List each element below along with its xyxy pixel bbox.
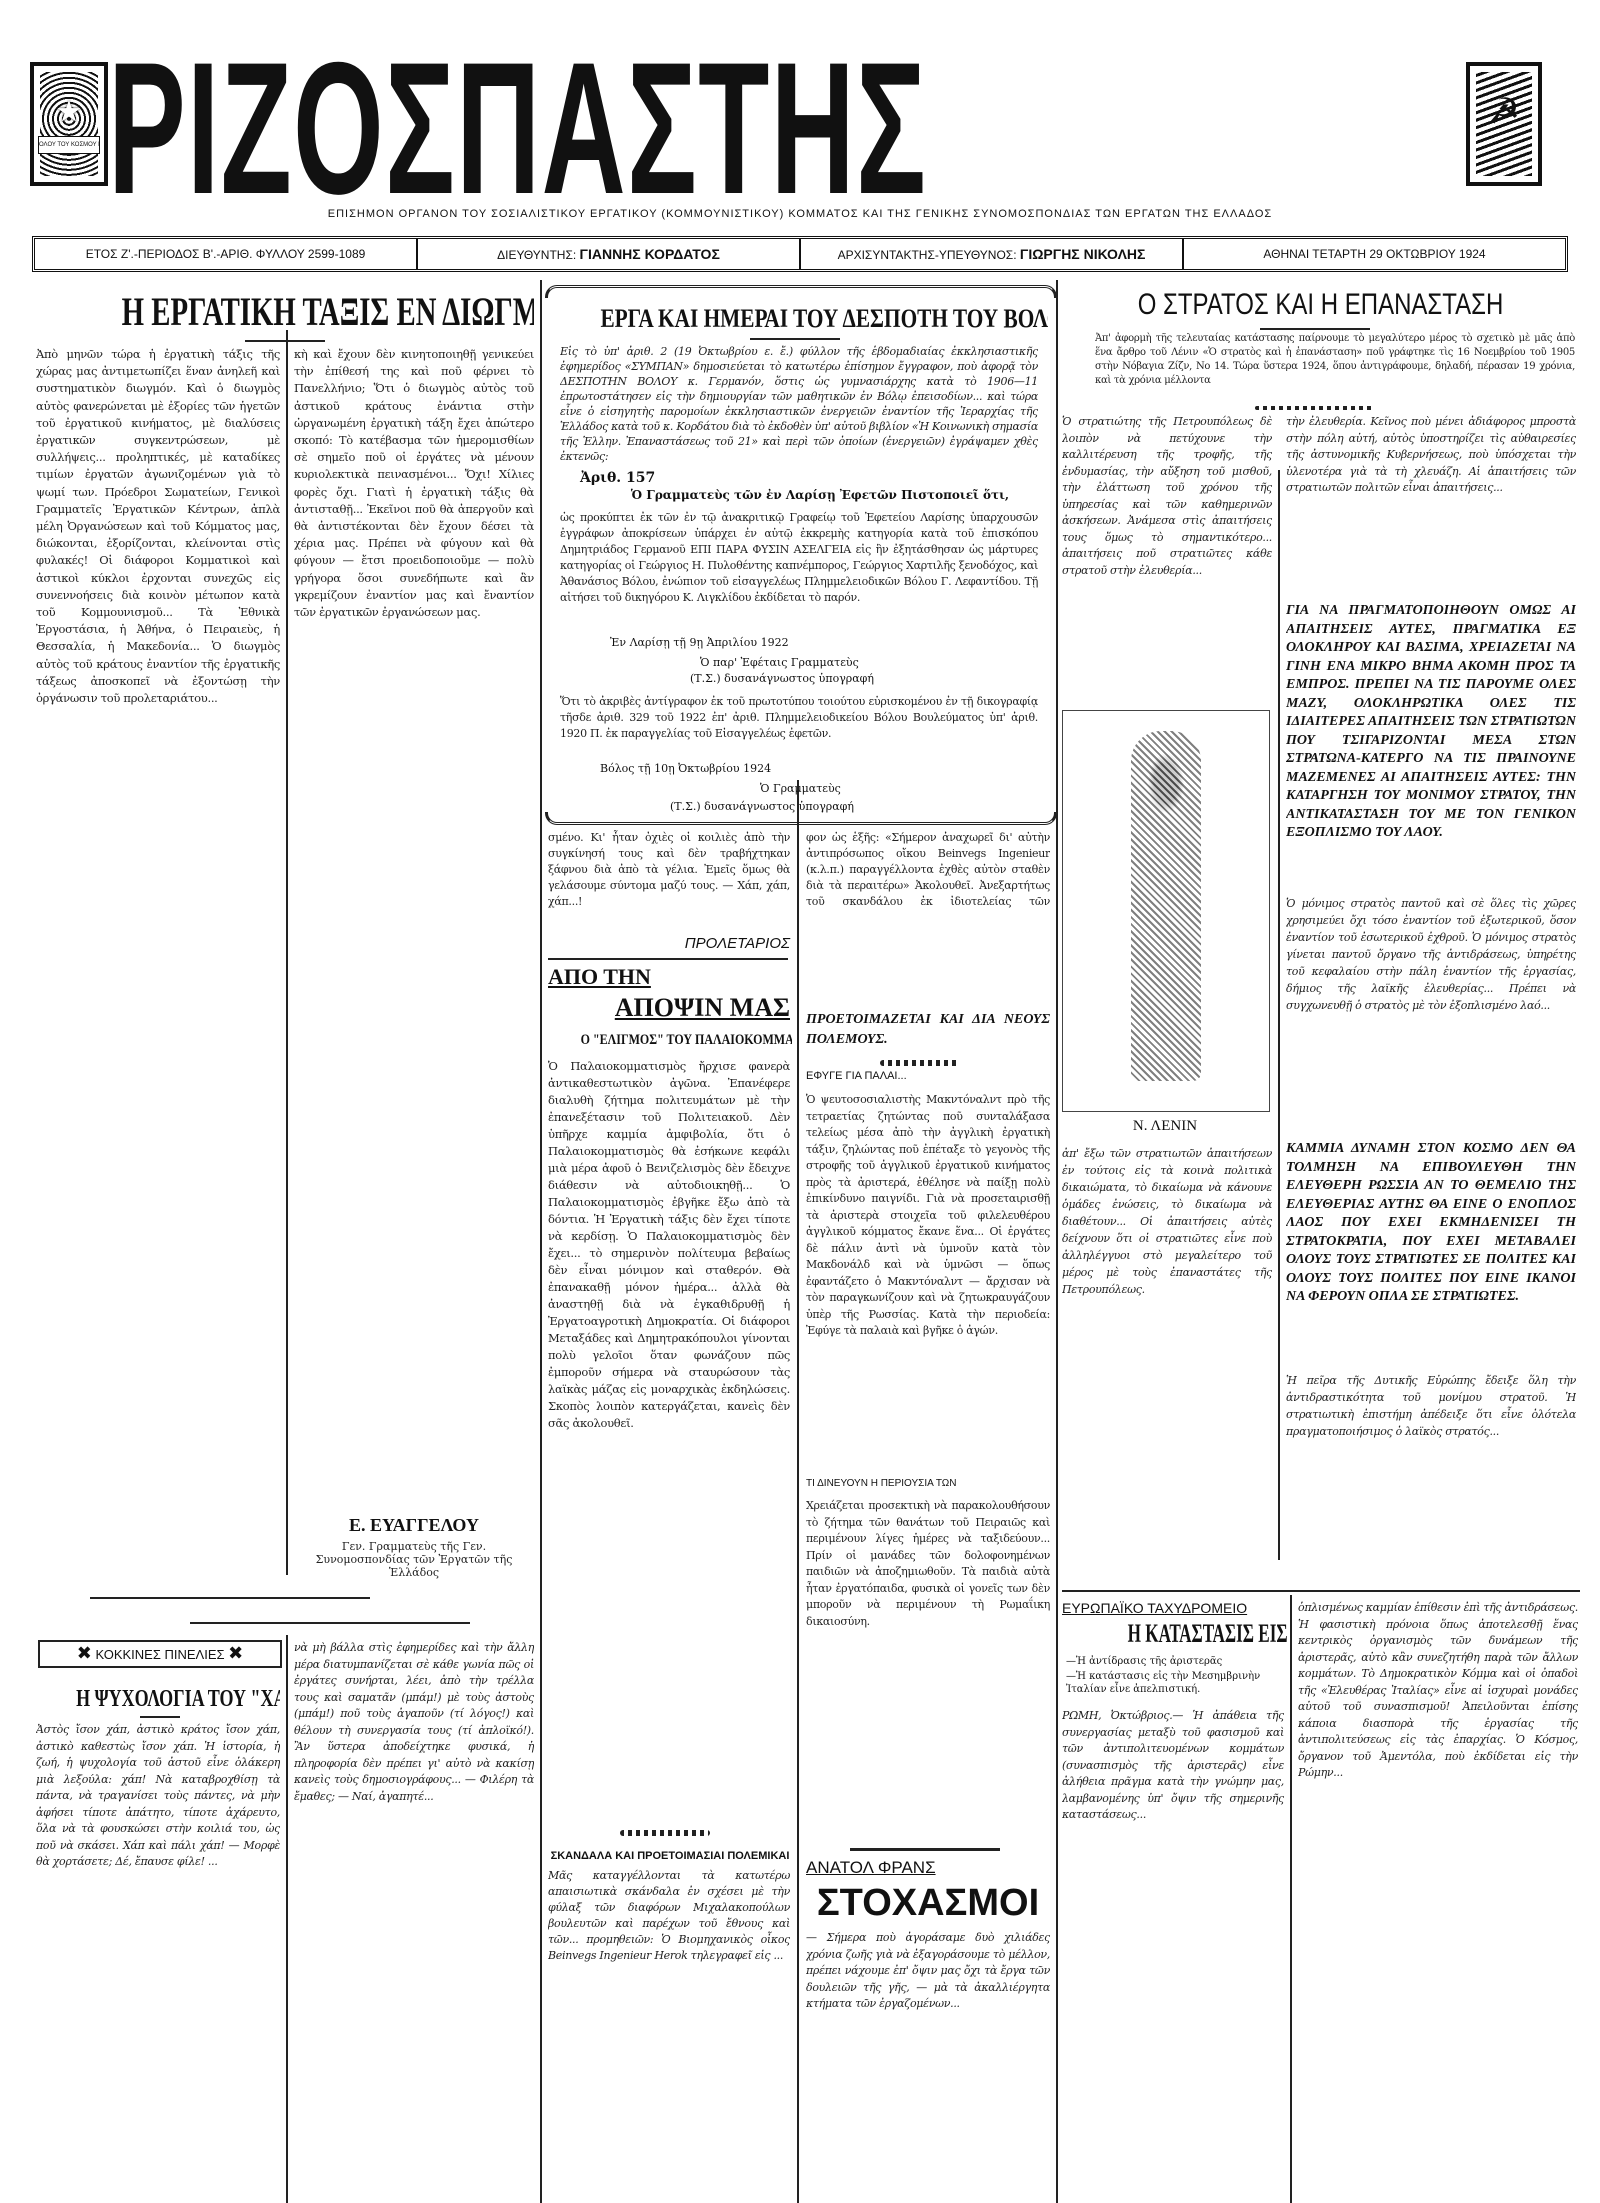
lenin-photo (1062, 710, 1270, 1112)
view-kicker-1: ΑΠΟ ΤΗΝ (548, 964, 688, 990)
masthead-subtitle: ΕΠΙΣΗΜΟΝ ΟΡΓΑΝΟΝ ΤΟΥ ΣΟΣΙΑΛΙΣΤΙΚΟΥ ΕΡΓΑΤ… (0, 208, 1600, 220)
proletarios-signature: ΠΡΟΛΕΤΑΡΙΟΣ (630, 935, 790, 952)
italy-headline: Η ΚΑΤΑΣΤΑΣΙΣ ΕΙΣ ΤΗΝ ΙΤΑΛΙΑΝ (1056, 1618, 1290, 1650)
column-rule (286, 330, 288, 1575)
france-headline: ΣΤΟΧΑΣΜΟΙ (806, 1880, 1050, 1926)
engineer-body: φον ὡς ἑξῆς: «Σήμερον ἀναχωρεῖ δι' αὐτὴν… (806, 830, 1050, 910)
headline-persecution: Η ΕΡΓΑΤΙΚΗ ΤΑΞΙΣ ΕΝ ΔΙΩΓΜΩ! (34, 290, 534, 334)
view-body: Ὁ Παλαιοκομματισμὸς ἤρχισε φανερὰ ἀντικα… (548, 1058, 790, 1828)
director-line: ΔΙΕΥΘΥΝΤΗΣ: ΓΙΑΝΝΗΣ ΚΟΡΔΑΤΟΣ (418, 239, 801, 269)
army-intro: Ἀπ' ἀφορμὴ τῆς τελευταίας κατάστασης παί… (1095, 332, 1575, 402)
doc-signature: Ὁ παρ' Ἐφέταις Γραμματεὺς (700, 656, 859, 669)
left-emblem: ★ ΟΛΟΥ ΤΟΥ ΚΟΣΜΟΥ ΕΝΩΘΗΤΕ (30, 62, 108, 186)
red-brushes-body: Ἀστὸς ἴσον χάπ, ἀστικὸ κράτος ἴσον χάπ, … (36, 1722, 280, 2200)
army-caps-force: ΚΑΜΜΙΑ ΔΥΝΑΜΗ ΣΤΟΝ ΚΟΣΜΟ ΔΕΝ ΘΑ ΤΟΛΜΗΣΗ … (1286, 1140, 1576, 1370)
army-body-col1: Ὁ στρατιώτης τῆς Πετρουπόλεως δὲ λοιπὸν … (1062, 414, 1272, 614)
article-body-persecution-col2: κὴ καὶ ἔχουν δὲν κινητοποιηθῇ γενικεύει … (294, 346, 534, 1418)
red-brushes-body-col2: νὰ μὴ βάλλα στὶς ἐφημερίδες καὶ τὴν ἄλλη… (294, 1640, 534, 2200)
newspaper-title: ΡΙΖΟΣΠΑΣΤΗΣ (108, 48, 914, 208)
cert-signature: Ὁ Γραμματεὺς (760, 782, 841, 795)
italy-sub1: —Ἡ ἀντίδρασις τῆς ἀριστερᾶς (1066, 1656, 1222, 1667)
red-brushes-box: ✖ ΚΟΚΚΙΝΕΣ ΠΙΝΕΛΙΕΣ ✖ (38, 1640, 282, 1668)
army-body-col1b: ἀπ' ἔξω τῶν στρατιωτῶν ἀπαιτήσεων ἐν τού… (1062, 1145, 1272, 1585)
star-icon: ★ (56, 95, 83, 130)
child-labor-body: Χρειάζεται προσεκτικὴ νὰ παρακολουθήσουν… (806, 1498, 1050, 1788)
issue-number: ΕΤΟΣ Ζ'.-ΠΕΡΙΟΔΟΣ Β'.-ΑΡΙΘ. ΦΥΛΛΟΥ 2599-… (35, 239, 418, 269)
view-kicker-2: ΑΠΟΨΙΝ ΜΑΣ (600, 992, 790, 1024)
army-body-col2c: Ἡ πεῖρα τῆς Δυτικῆς Εὐρώπης ἔδειξε ὅλη τ… (1286, 1372, 1576, 1577)
wavy-divider (1255, 406, 1375, 410)
doc-number: Ἀριθ. 157 (580, 470, 655, 486)
photo-caption: Ν. ΛΕΝΙΝ (1062, 1118, 1268, 1135)
army-body-col2b: Ὁ μόνιμος στρατὸς παντοῦ καὶ σὲ ὅλες τὶς… (1286, 895, 1576, 1165)
headline-rule (140, 1716, 180, 1718)
child-labor-kicker: ΤΙ ΔΙΝΕΥΟΥΝ Η ΠΕΡΙΟΥΣΙΑ ΤΩΝ (806, 1478, 956, 1489)
box-frame-bottom (545, 812, 1057, 825)
hammer-sickle-icon: ☭ (1488, 92, 1520, 133)
section-rule (548, 958, 788, 960)
italy-kicker: ΕΥΡΩΠΑΪΚΟ ΤΑΧΥΔΡΟΜΕΙΟ (1062, 1600, 1247, 1616)
issue-info-bar: ΕΤΟΣ Ζ'.-ΠΕΡΙΟΔΟΣ Β'.-ΑΡΙΘ. ΦΥΛΛΟΥ 2599-… (32, 236, 1568, 272)
column-rule (797, 780, 799, 2203)
italy-sub2: —Ἡ κατάστασις εἰς τὴν Μεσημβρινὴν Ἰταλία… (1066, 1670, 1286, 1696)
column-rule (540, 280, 542, 2203)
bishop-intro: Εἰς τὸ ὑπ' ἀριθ. 2 (19 Ὀκτωβρίου ε. ἔ.) … (560, 344, 1038, 464)
right-emblem: ☭ (1466, 62, 1542, 186)
column-rule (286, 1635, 288, 2203)
france-kicker: ΑΝΑΤΟΛ ΦΡΑΝΣ (806, 1858, 936, 1878)
article-body-persecution-col1: Ἀπὸ μηνῶν τώρα ἡ ἐργατικὴ τάξις τῆς χώρα… (36, 346, 280, 1488)
ornament-divider (850, 1848, 1000, 1851)
cert-body: Ὅτι τὸ ἀκριβὲς ἀντίγραφον ἐκ τοῦ πρωτοτύ… (560, 694, 1038, 760)
engineer-caps: ΠΡΟΕΤΟΙΜΑΖΕΤΑΙ ΚΑΙ ΔΙΑ ΝΕΟΥΣ ΠΟΛΕΜΟΥΣ. (806, 1010, 1050, 1054)
cert-date: Βόλος τῇ 10ῃ Ὀκτωβρίου 1924 (600, 762, 771, 775)
macdonald-kicker: ΕΦΥΓΕ ΓΙΑ ΠΑΛΑΙ... (806, 1070, 907, 1082)
box-frame-top (545, 285, 1057, 298)
editor-name: ΓΙΩΡΓΗΣ ΝΙΚΟΛΗΣ (1020, 246, 1146, 262)
director-name: ΓΙΑΝΝΗΣ ΚΟΡΔΑΤΟΣ (580, 246, 720, 262)
doc-opening: Ὁ Γραμματεὺς τῶν ἐν Λαρίσῃ Ἐφετῶν Πιστοπ… (610, 488, 1030, 502)
headline-rule (245, 340, 325, 342)
army-headline: Ο ΣΤΡΑΤΟΣ ΚΑΙ Η ΕΠΑΝΑΣΤΑΣΗ (1062, 285, 1580, 325)
wavy-divider (620, 1830, 710, 1836)
emblem-motto: ΟΛΟΥ ΤΟΥ ΚΟΣΜΟΥ ΕΝΩΘΗΤΕ (38, 136, 100, 154)
macdonald-body: Ὁ ψευτοσοσιαλιστὴς Μακντόναλντ πρὸ τῆς τ… (806, 1092, 1050, 1472)
headline-rule (750, 338, 840, 340)
dateline: ΑΘΗΝΑΙ ΤΕΤΑΡΤΗ 29 ΟΚΤΩΒΡΙΟΥ 1924 (1184, 239, 1565, 269)
wavy-divider (880, 1060, 960, 1066)
column-rule (1278, 470, 1280, 1560)
x-ornament-icon: ✖ (77, 1643, 92, 1663)
editor-line: ΑΡΧΙΣΥΝΤΑΚΤΗΣ-ΥΠΕΥΘΥΝΟΣ: ΓΙΩΡΓΗΣ ΝΙΚΟΛΗΣ (801, 239, 1184, 269)
france-body: — Σήμερα ποὺ ἀγοράσαμε δυὸ χιλιάδες χρόν… (806, 1930, 1050, 2200)
column-rule (1290, 1595, 1292, 2203)
doc-seal: (Τ.Σ.) δυσανάγνωστος ὑπογραφή (690, 672, 874, 685)
italy-body: ΡΩΜΗ, Ὀκτώβριος.— Ἡ ἀπάθεια τῆς συνεργασ… (1062, 1708, 1284, 2198)
army-body-col2: τὴν ἐλευθερία. Κεῖνος ποὺ μένει ἀδιάφορο… (1286, 414, 1576, 599)
doc-date: Ἐν Λαρίσῃ τῇ 9ῃ Ἀπριλίου 1922 (610, 636, 789, 649)
author-evangelou: Ε. ΕΥΑΓΓΕΛΟΥ (294, 1515, 534, 1536)
proletarios-body: σμένο. Κι' ἦταν ὀχιὲς οἱ κοιλιὲς ἀπὸ τὴν… (548, 830, 790, 930)
section-rule (90, 1597, 370, 1599)
lenin-figure (1131, 731, 1201, 1081)
view-headline: Ο "ΕΛΙΓΜΟΣ" ΤΟΥ ΠΑΛΑΙΟΚΟΜΜΑΤΙΣΜΟΥ (548, 1030, 792, 1050)
author-title: Γεν. Γραμματεὺς τῆς Γεν. Συνομοσπονδίας … (294, 1540, 534, 1579)
italy-body-col2: ὁπλισμένως καμμίαν ἐπίθεσιν ἐπὶ τῆς ἀντι… (1298, 1600, 1578, 2200)
headline-bishop: ΕΡΓΑ ΚΑΙ ΗΜΕΡΑΙ ΤΟΥ ΔΕΣΠΟΤΗ ΤΟΥ ΒΟΛΟΥ (548, 302, 1048, 336)
column-rule (1056, 280, 1058, 2203)
scandals-headline: ΣΚΑΝΔΑΛΑ ΚΑΙ ΠΡΟΕΤΟΙΜΑΣΙΑΙ ΠΟΛΕΜΙΚΑΙ (548, 1848, 792, 1864)
scandals-body: Μᾶς καταγγέλλονται τὰ κατωτέρω απαισιωτι… (548, 1868, 790, 2198)
section-rule (190, 1622, 470, 1624)
red-brushes-headline: Η ΨΥΧΟΛΟΓΙΑ ΤΟΥ "ΧΑΠ"! (36, 1684, 280, 1714)
x-ornament-icon: ✖ (228, 1643, 243, 1663)
doc-body: ὡς προκύπτει ἐκ τῶν ἐν τῷ ἀνακριτικῷ Γρα… (560, 510, 1038, 630)
section-rule (1062, 1590, 1580, 1592)
army-caps-demands: ΓΙΑ ΝΑ ΠΡΑΓΜΑΤΟΠΟΙΗΘΟΥΝ ΟΜΩΣ ΑΙ ΑΠΑΙΤΗΣΕ… (1286, 602, 1576, 892)
headline-rule (1260, 328, 1370, 330)
